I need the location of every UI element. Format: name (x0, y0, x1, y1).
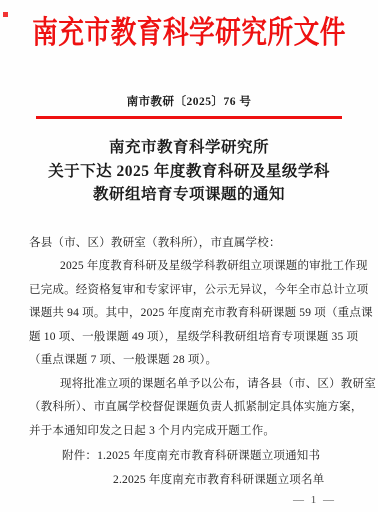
document-title-line-2: 关于下达 2025 年度教育科研及星级学科 (0, 160, 378, 184)
document-title-line-3: 教研组培育专项课题的通知 (0, 183, 378, 207)
paragraph-1-line-4: 题 10 项、一般课题 49 项），星级学科教研组培育专项课题 35 项 (29, 326, 353, 350)
scan-artifact-mark (3, 12, 8, 17)
paragraph-1-line-5: （重点课题 7 项、一般课题 28 项）。 (29, 349, 353, 373)
document-reference-number: 南市教研〔2025〕76 号 (0, 95, 378, 109)
attachment-item-2: 2.2025 年度南充市教育科研课题立项名单 (29, 469, 353, 493)
paragraph-1: 2025 年度教育科研及星级学科教研组立项课题的审批工作现 已完成。经资格复审和… (29, 255, 353, 373)
document-page: 南充市教育科学研究所文件 南市教研〔2025〕76 号 南充市教育科学研究所 关… (0, 0, 378, 512)
paragraph-2-line-3: 并于本通知印发之日起 3 个月内完成开题工作。 (29, 420, 353, 444)
paragraph-2-line-2: （教科所）、市直属学校督促课题负责人抓紧制定具体实施方案， (29, 396, 353, 420)
paragraph-1-line-1: 2025 年度教育科研及星级学科教研组立项课题的审批工作现 (29, 255, 353, 279)
page-number: — 1 — (0, 493, 378, 507)
paragraph-2: 现将批准立项的课题名单予以公布，请各县（市、区）教研室 （教科所）、市直属学校督… (29, 373, 353, 444)
paragraph-2-line-1: 现将批准立项的课题名单予以公布，请各县（市、区）教研室 (29, 373, 353, 397)
paragraph-1-line-3: 课题共 94 项。其中，2025 年度南充市教育科研课题 59 项（重点课 (29, 302, 353, 326)
paragraph-1-line-2: 已完成。经资格复审和专家评审，公示无异议，今年全市总计立项 (29, 279, 353, 303)
document-title-line-1: 南充市教育科学研究所 (0, 136, 378, 160)
letterhead-org-title: 南充市教育科学研究所文件 (32, 13, 346, 53)
document-body: 各县（市、区）教研室（教科所），市直属学校： 2025 年度教育科研及星级学科教… (29, 232, 353, 493)
document-title: 南充市教育科学研究所 关于下达 2025 年度教育科研及星级学科 教研组培育专项… (0, 136, 378, 207)
attachments-list: 附件：1.2025 年度南充市教育科研课题立项通知书 2.2025 年度南充市教… (29, 445, 353, 492)
salutation-line: 各县（市、区）教研室（教科所），市直属学校： (29, 232, 353, 256)
letterhead-divider-line (36, 116, 342, 119)
attachment-item-1: 附件：1.2025 年度南充市教育科研课题立项通知书 (29, 445, 353, 469)
